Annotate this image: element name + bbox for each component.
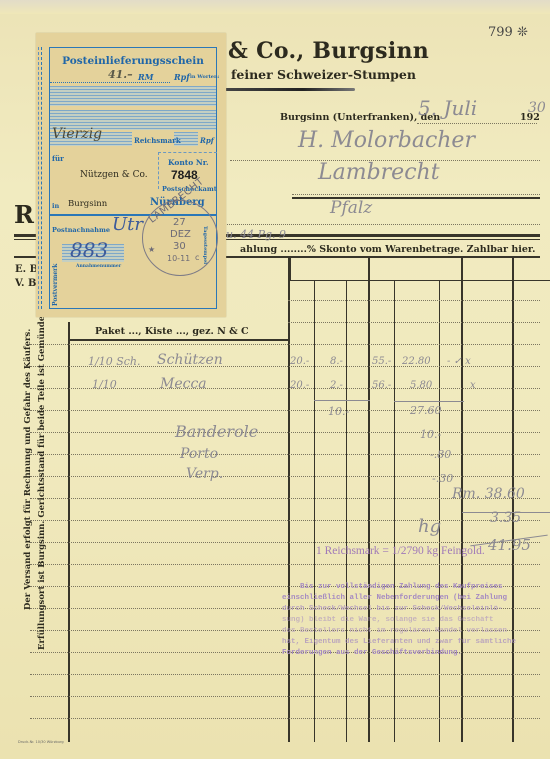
total-final: 41.95 [488,536,531,554]
table-col-line [288,258,290,742]
torn-top-edge [0,0,550,14]
side-note-shipping: Der Versand erfolgt für Rechnung und Gef… [23,329,33,610]
recipient-dotted-3 [225,224,540,225]
item-2-c2: 2.- [330,380,343,391]
payment-handwritten-note: u. 44 Pg. 9 [226,228,286,241]
reference-number: 799 ❊ [488,25,528,40]
slip-nachnahme-signature: Utr [112,214,143,235]
reservation-line: durch Scheck/Wechsel bis zur Scheck/Wech… [282,604,516,615]
reservation-line: Bis zur vollständigen Zahlung des Kaufpr… [282,582,516,593]
slip-hatched-band [50,86,216,106]
recipient-dotted-2 [292,194,540,195]
recipient-line2: Lambrecht [318,160,440,185]
slip-dotted [50,82,170,83]
table-col-line [394,280,395,742]
table-col-line [439,280,440,742]
item-1-c3: 55.- [372,356,391,367]
slip-perforation [41,47,42,309]
row-dotted-line [30,718,540,719]
item-1-mark: - ✓ x [447,356,471,367]
slip-frame: Posteinlieferungsschein 41.– RM Rpf in W… [49,47,217,309]
postmark-day: 27 [173,217,186,228]
slip-perforation [38,47,39,309]
slip-title: Posteinlieferungsschein [50,55,216,67]
postmark-year: 30 [173,241,186,252]
slip-nachnahme-label: Postnachnahme [52,226,110,234]
slip-amount-words: Vierzig [52,126,102,142]
slip-postvermerk-label: Postvermerk [52,264,59,306]
row-dotted-line [288,300,540,301]
row-dotted-line [30,542,540,543]
postmark-month: DEZ [170,229,191,240]
item-6-amount: -.30 [432,472,453,485]
packing-rule [70,339,288,341]
slip-in-label: in [52,202,59,210]
item-1-c1: 20.- [290,356,309,367]
col-head-v1 [290,258,291,280]
row-dotted-line [30,564,540,565]
slip-rpf-label: Rpf [174,72,190,82]
heading-rechnung: R [14,200,34,229]
item-1-amount: 22.80 [402,356,431,367]
recipient-line3: Pfalz [330,198,372,218]
row-dotted-line [30,432,540,433]
slip-town: Burgsinn [68,199,107,209]
item-2-c3: 56.- [372,380,391,391]
company-title: & Co., Burgsinn [228,38,429,64]
item-1-description: Schützen [157,352,223,368]
payment-terms: ahlung ........% Skonto vom Warenbetrage… [240,244,535,255]
postmark-time: 10-11 [167,254,190,263]
row-dotted-line [30,344,540,345]
slip-fuer-label: für [52,154,64,163]
row-dotted-line [30,520,540,521]
company-subtitle: : feiner Schweizer-Stumpen [222,67,416,82]
row-dotted-line [30,696,540,697]
item-4-description: Banderole [175,422,258,441]
postmark-letter: c [195,253,199,262]
side-note-jurisdiction: Erfüllungsort ist Burgsinn. Gerichtsstan… [37,271,47,650]
slip-payee: Nützgen & Co. [80,170,148,180]
slip-annahme-handwritten: 883 [70,238,108,262]
year-handwritten: 30 [528,100,546,116]
slip-rpf-label-2: Rpf [200,136,214,145]
slip-rm-label: RM [138,72,154,82]
recipient-line1: H. Molorbacher [298,128,475,153]
row-dotted-line [30,674,540,675]
reservation-line: Forderungen aus der Geschäftsverbindung. [282,648,516,659]
letterhead-underline [225,88,355,91]
item-6-description: Verp. [186,466,223,482]
slip-annahmenummer-label: Annahmenummer [76,264,121,269]
reservation-clause-stamp: Bis zur vollständigen Zahlung des Kaufpr… [282,582,516,659]
item-3-amount: 27.60 [410,404,442,417]
item-5-amount: -.80 [430,448,451,461]
postmark-star-icon: ★ [148,245,155,254]
postal-receipt-slip: Posteinlieferungsschein 41.– RM Rpf in W… [36,33,226,317]
table-col-line [314,280,315,742]
gold-clause-stamp: 1 Reichsmark = 1/2790 kg Feingold. [316,545,485,557]
item-5-description: Porto [180,446,218,462]
printer-mark: Druck-Nr. 10/30 Würzburg [18,740,64,744]
table-left-border [68,322,70,742]
total-initials: hg [418,516,441,537]
total-second-line: 3.35 [490,510,521,526]
packing-line: Paket ..., Kiste ..., gez. N & C [95,326,249,337]
sum-underline-2 [394,401,464,402]
subtotal: Rm. 38.60 [452,486,525,502]
item-1-c2: 8.- [330,356,343,367]
item-2-qty: 1/10 [92,378,117,391]
subtitle-text: feiner Schweizer-Stumpen [231,67,416,82]
slip-reichsmark-label: Reichsmark [134,136,181,145]
date-dotted-line [417,123,537,124]
reservation-line: hat, Eigentum des Lieferanten und zwar f… [282,637,516,648]
slip-konto-label: Konto Nr. [168,158,209,167]
row-dotted-line [30,454,540,455]
item-2-c1: 20.- [290,380,309,391]
item-1-qty: 1/10 Sch. [88,355,140,368]
item-3-c2: 10.- [328,405,349,418]
place-label: Burgsinn (Unterfranken), den [280,112,440,123]
item-2-description: Mecca [160,376,207,392]
slip-in-words-label: in Worten: [190,74,219,80]
place-date-line: Burgsinn (Unterfranken), den [280,112,440,123]
item-2-amount: 5.80 [410,380,432,391]
item-4-amount: 10.- [420,428,441,441]
sum-underline-1 [314,400,370,401]
postmark-stamp: LAMBRECHT 27 DEZ 30 10-11 c ★ [142,200,218,276]
col-group-rule-1 [288,280,550,281]
reservation-line: sung) bleibt die Ware, solange sie das G… [282,615,516,626]
row-dotted-line [30,410,540,411]
row-dotted-line [288,322,540,323]
slip-amount-handwritten: 41.– [108,68,133,81]
date-handwritten: 5. Juli [418,96,477,120]
reservation-line: des Bestellers nicht im regulären Handel… [282,626,516,637]
row-dotted-line [30,476,540,477]
reservation-line: einschließlich aller Nebenforderungen (b… [282,593,516,604]
table-col-line [346,280,347,742]
table-col-line [368,258,370,742]
item-2-mark: x [470,380,476,391]
